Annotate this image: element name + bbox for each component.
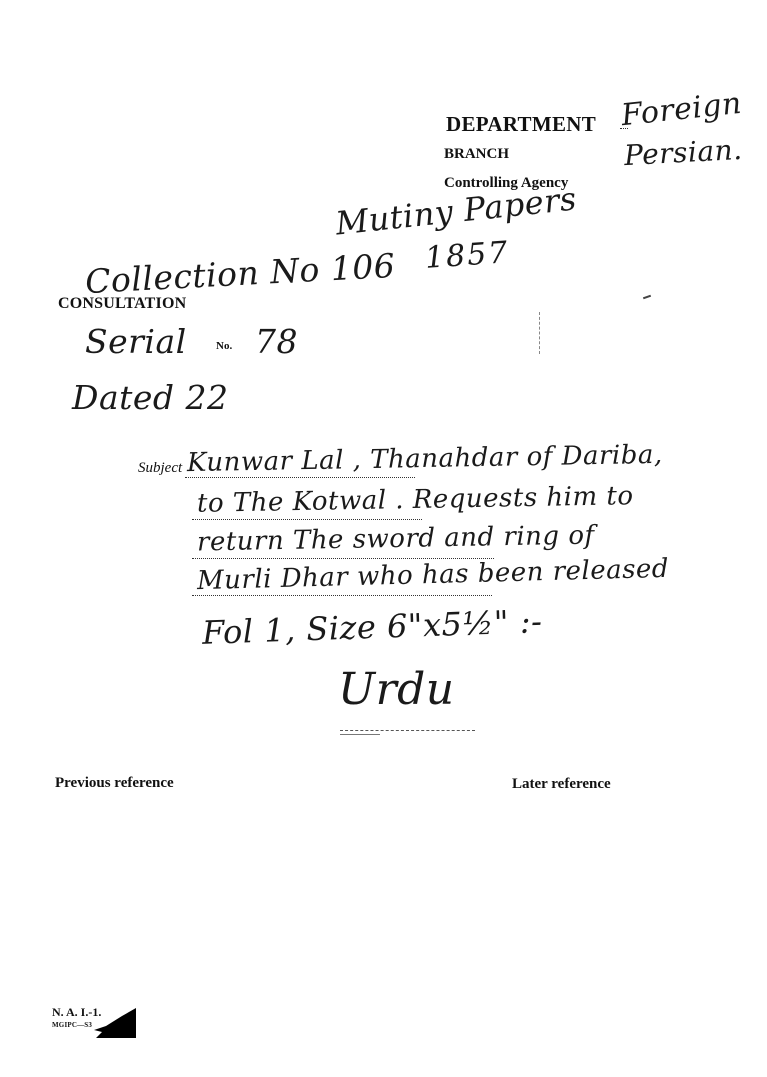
torn-corner-shape — [92, 1008, 136, 1038]
previous-reference-label: Previous reference — [55, 775, 174, 792]
dated-field: Dated 22 — [72, 378, 229, 417]
department-label: DEPARTMENT — [446, 112, 596, 137]
subject-line-text: Kunwar Lal , Thanahdar of Dariba, — [187, 440, 663, 478]
collection-year: 1857 — [424, 235, 511, 276]
branch-label: BRANCH — [444, 146, 509, 163]
department-value: Foreign — [620, 86, 744, 133]
stray-pencil-mark — [539, 312, 541, 354]
serial-handwritten-label: Serial — [85, 322, 187, 361]
subject-line-text: Murli Dhar who has been released — [197, 554, 670, 596]
subject-line-text: return The sword and ring of — [197, 521, 595, 558]
subject-dotted-line — [192, 595, 492, 596]
subject-label: Subject — [138, 460, 182, 477]
later-reference-label: Later reference — [512, 776, 611, 793]
language-underline — [340, 730, 475, 731]
folio-size-note: Fol 1, Size 6"x5½" :- — [201, 602, 543, 652]
serial-number: 78 — [255, 322, 298, 361]
stray-ink-mark — [643, 295, 651, 300]
language-underline — [340, 734, 380, 735]
subject-line-text: to The Kotwal . Requests him to — [197, 481, 634, 519]
press-mark: MGIPC—S3 — [52, 1021, 92, 1029]
serial-no-label: No. — [216, 340, 232, 352]
consultation-label: CONSULTATION — [58, 295, 186, 313]
branch-value: Persian. — [623, 133, 743, 172]
language-note: Urdu — [338, 664, 455, 715]
collection-number: Collection No 106 — [84, 246, 396, 301]
subject-dotted-line — [192, 519, 422, 520]
